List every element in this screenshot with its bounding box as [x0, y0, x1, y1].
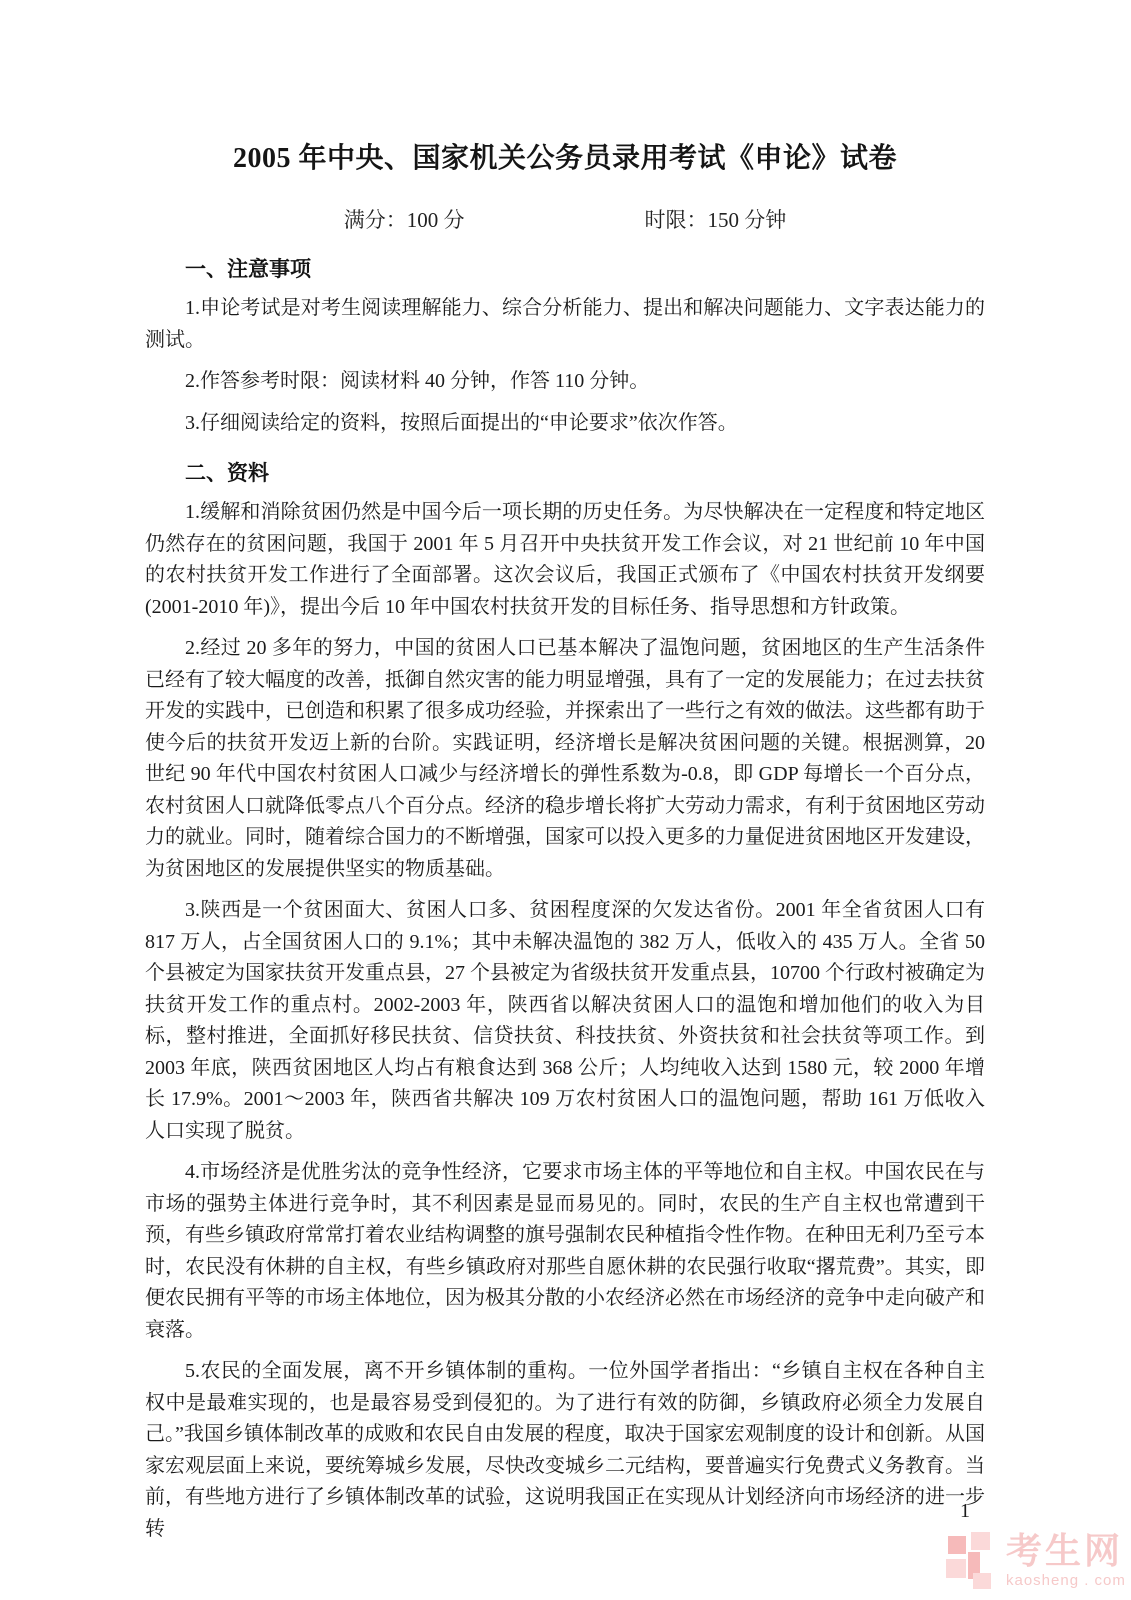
watermark-text: 考生网 kaosheng . com	[1006, 1531, 1128, 1590]
watermark-site-name: 考生网	[1006, 1531, 1128, 1571]
document-title: 2005 年中央、国家机关公务员录用考试《申论》试卷	[145, 142, 985, 176]
section-heading-notes: 一、注意事项	[185, 255, 985, 283]
time-limit-label: 时限：150 分钟	[645, 206, 787, 235]
material-paragraph-4: 4.市场经济是优胜劣汰的竞争性经济，它要求市场主体的平等地位和自主权。中国农民在…	[145, 1157, 985, 1346]
document-page: 2005 年中央、国家机关公务员录用考试《申论》试卷 满分：100 分 时限：1…	[0, 0, 1131, 1600]
document-content: 2005 年中央、国家机关公务员录用考试《申论》试卷 满分：100 分 时限：1…	[145, 142, 985, 1545]
notice-item-1: 1.申论考试是对考生阅读理解能力、综合分析能力、提出和解决问题能力、文字表达能力…	[145, 293, 985, 356]
material-paragraph-2: 2.经过 20 多年的努力，中国的贫困人口已基本解决了温饱问题，贫困地区的生产生…	[145, 633, 985, 885]
material-paragraph-1: 1.缓解和消除贫困仍然是中国今后一项长期的历史任务。为尽快解决在一定程度和特定地…	[145, 497, 985, 623]
kaosheng-logo-icon	[946, 1531, 994, 1591]
exam-meta-row: 满分：100 分 时限：150 分钟	[145, 206, 985, 235]
logo-block-light-bottom-right	[973, 1573, 991, 1589]
material-paragraph-5: 5.农民的全面发展，离不开乡镇体制的重构。一位外国学者指出：“乡镇自主权在各种自…	[145, 1356, 985, 1545]
logo-block-light-top-right	[971, 1532, 990, 1550]
notice-item-2: 2.作答参考时限：阅读材料 40 分钟，作答 110 分钟。	[145, 366, 985, 398]
logo-block-light-bottom-left	[946, 1559, 966, 1578]
logo-block-dark-top-left	[948, 1536, 966, 1554]
material-paragraph-3: 3.陕西是一个贫困面大、贫困人口多、贫困程度深的欠发达省份。2001 年全省贫困…	[145, 895, 985, 1147]
notice-item-3: 3.仔细阅读给定的资料，按照后面提出的“申论要求”依次作答。	[145, 408, 985, 440]
page-number: 1	[945, 1500, 985, 1523]
section-heading-materials: 二、资料	[185, 459, 985, 487]
watermark-site-domain: kaosheng . com	[1006, 1572, 1128, 1590]
kaosheng-watermark: 考生网 kaosheng . com	[946, 1531, 1128, 1593]
full-score-label: 满分：100 分	[344, 206, 465, 235]
